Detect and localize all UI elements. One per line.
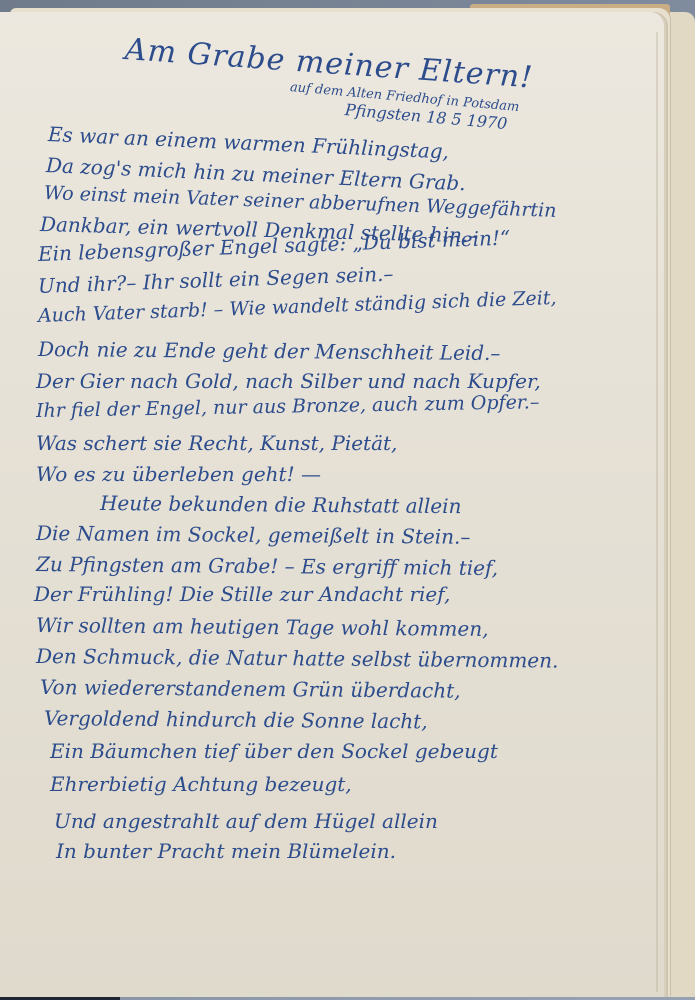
- poem-line: Ehrerbietig Achtung bezeugt,: [50, 772, 352, 796]
- poem-line: In bunter Pracht mein Blümelein.: [56, 839, 396, 863]
- photo-scene: Am Grabe meiner Eltern! auf dem Alten Fr…: [0, 0, 695, 1000]
- poem-line: Von wiedererstandenem Grün überdacht,: [40, 675, 461, 703]
- poem-line: Doch nie zu Ende geht der Menschheit Lei…: [38, 337, 501, 365]
- poem-line: Der Gier nach Gold, nach Silber und nach…: [36, 369, 541, 393]
- poem-line: Was schert sie Recht, Kunst, Pietät,: [36, 431, 397, 455]
- poem-line: Wir sollten am heutigen Tage wohl kommen…: [36, 613, 489, 641]
- poem-line: Zu Pfingsten am Grabe! – Es ergriff mich…: [36, 552, 498, 580]
- poem-line: Die Namen im Sockel, gemeißelt in Stein.…: [36, 521, 471, 549]
- poem-line: Den Schmuck, die Natur hatte selbst über…: [36, 644, 559, 673]
- poem-line: Und ihr?– Ihr sollt ein Segen sein.–: [38, 262, 394, 298]
- poem-line: Der Frühling! Die Stille zur Andacht rie…: [34, 582, 450, 606]
- poem-line: Ihr fiel der Engel, nur aus Bronze, auch…: [36, 391, 540, 422]
- poem-line: Und angestrahlt auf dem Hügel allein: [54, 809, 438, 833]
- handwritten-page: Am Grabe meiner Eltern! auf dem Alten Fr…: [0, 12, 664, 997]
- poem-line: Wo es zu überleben geht! —: [36, 462, 321, 486]
- poem-line: Vergoldend hindurch die Sonne lacht,: [44, 706, 428, 733]
- poem-line: Ein Bäumchen tief über den Sockel gebeug…: [50, 739, 498, 763]
- poem-line: Heute bekunden die Ruhstatt allein: [100, 491, 462, 518]
